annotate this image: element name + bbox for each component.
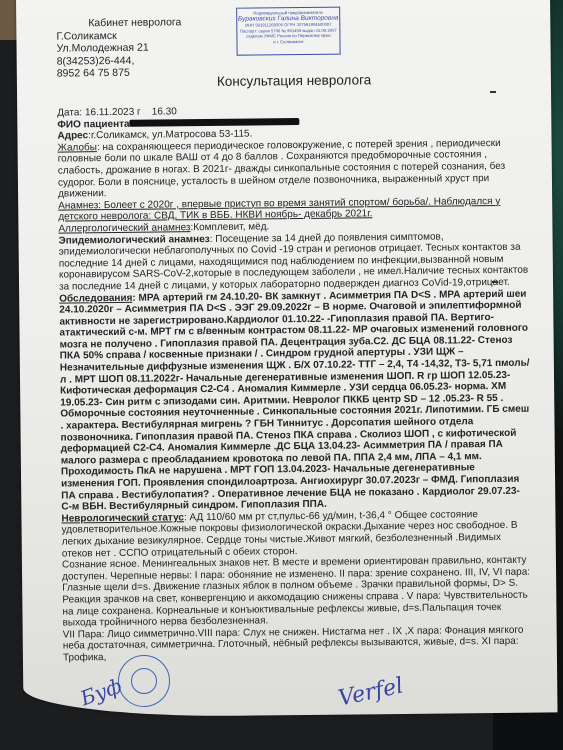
patient-label: ФИО пациента bbox=[57, 118, 129, 130]
stamp-line: в г. Соликамске bbox=[237, 38, 339, 44]
document-title: Консультация невролога bbox=[217, 74, 371, 87]
allergy-text: :Комплевит, мёд. bbox=[190, 221, 269, 233]
redacted-name bbox=[130, 118, 300, 127]
epid-section: Эпидемиологический анамнез: Посещение за… bbox=[59, 230, 530, 293]
complaints-label: Жалобы bbox=[58, 142, 97, 153]
clinic-header: Кабинет невролога Г.Соликамск Ул.Молодеж… bbox=[56, 16, 182, 80]
address-value: :г.Соликамск, ул.Матросова 53-115. bbox=[88, 129, 252, 142]
round-seal bbox=[118, 655, 170, 707]
complaints-section: Жалобы: на сохраняющееся периодическое г… bbox=[58, 137, 529, 200]
exam-label: Обследования bbox=[59, 292, 132, 304]
exam-text: : МРА артерий гм 24.10.20- ВК замкнут . … bbox=[59, 288, 529, 513]
clinic-title: Кабинет невролога bbox=[56, 16, 181, 30]
clinic-mobile: 8952 64 75 875 bbox=[57, 67, 182, 81]
complaints-text: : на сохраняющееся периодическое головок… bbox=[58, 138, 506, 200]
address-label: Адрес bbox=[57, 130, 88, 141]
mark bbox=[492, 281, 498, 283]
epid-label: Эпидемиологический анамнез bbox=[59, 234, 210, 247]
consultation-sheet: Кабинет невролога Г.Соликамск Ул.Молодеж… bbox=[16, 0, 558, 718]
date: Дата: 16.11.2023 г bbox=[57, 107, 141, 119]
allergy-label: Аллергологический анамнез bbox=[58, 222, 190, 234]
entrepreneur-stamp: Индивидуальный предприниматель Бураковск… bbox=[236, 7, 340, 56]
exam-section: Обследования: МРА артерий гм 24.10.20- В… bbox=[59, 288, 531, 513]
neuro-status-cont: Сознание ясное. Менингеальных знаков нет… bbox=[62, 555, 533, 629]
document-body: Дата: 16.11.2023 г 16.30 ФИО пациента Ад… bbox=[57, 103, 533, 664]
neuro-status-section: Неврологический статус: АД 110/60 мм рт … bbox=[61, 508, 531, 559]
anamnesis-label: Анамнез: bbox=[58, 200, 101, 211]
mark bbox=[490, 91, 496, 93]
time: 16.30 bbox=[152, 106, 177, 117]
